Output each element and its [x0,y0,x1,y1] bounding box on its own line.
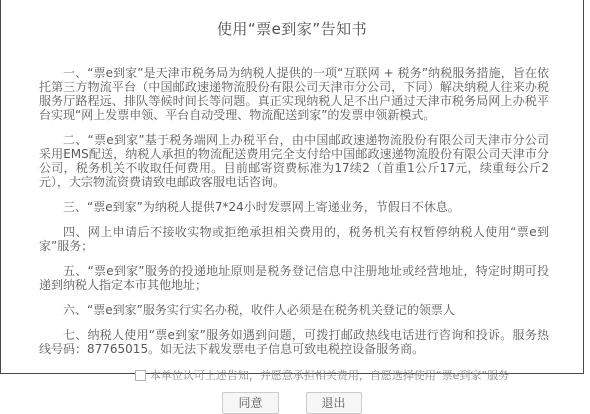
notice-paragraph-3: 三、“票e到家”为纳税人提供7*24小时发票网上寄递业务，节假日不休息。 [39,200,549,214]
notice-paragraph-2: 二、“票e到家”基于税务端网上办税平台，由中国邮政速递物流股份有限公司天津市分公… [39,133,549,189]
notice-body: 一、“票e到家”是天津市税务局为纳税人提供的一项“互联网 + 税务”纳税服务措施… [1,39,583,356]
consent-label: 本单位认可上述告知，并愿意承担相关费用，自愿选择使用“票e到家”服务 [150,367,509,382]
consent-row: 本单位认可上述告知，并愿意承担相关费用，自愿选择使用“票e到家”服务 [1,367,583,382]
notice-paragraph-5: 五、“票e到家”服务的投递地址原则是税务登记信息中注册地址或经营地址，特定时期可… [39,264,549,292]
page-title: 使用“票e到家”告知书 [1,18,583,39]
notice-dialog: 使用“票e到家”告知书 一、“票e到家”是天津市税务局为纳税人提供的一项“互联网… [0,0,584,374]
notice-paragraph-7: 七、纳税人使用“票e到家”服务如遇到问题，可拨打邮政热线电话进行咨询和投诉。服务… [39,328,549,356]
notice-paragraph-1: 一、“票e到家”是天津市税务局为纳税人提供的一项“互联网 + 税务”纳税服务措施… [39,66,549,122]
notice-paragraph-4: 四、网上申请后不接收实物或拒绝承担相关费用的，税务机关有权暂停纳税人使用“票e到… [39,225,549,253]
notice-paragraph-6: 六、“票e到家”服务实行实名办税，收件人必须是在税务机关登记的领票人 [39,303,549,317]
consent-checkbox[interactable] [135,370,146,381]
